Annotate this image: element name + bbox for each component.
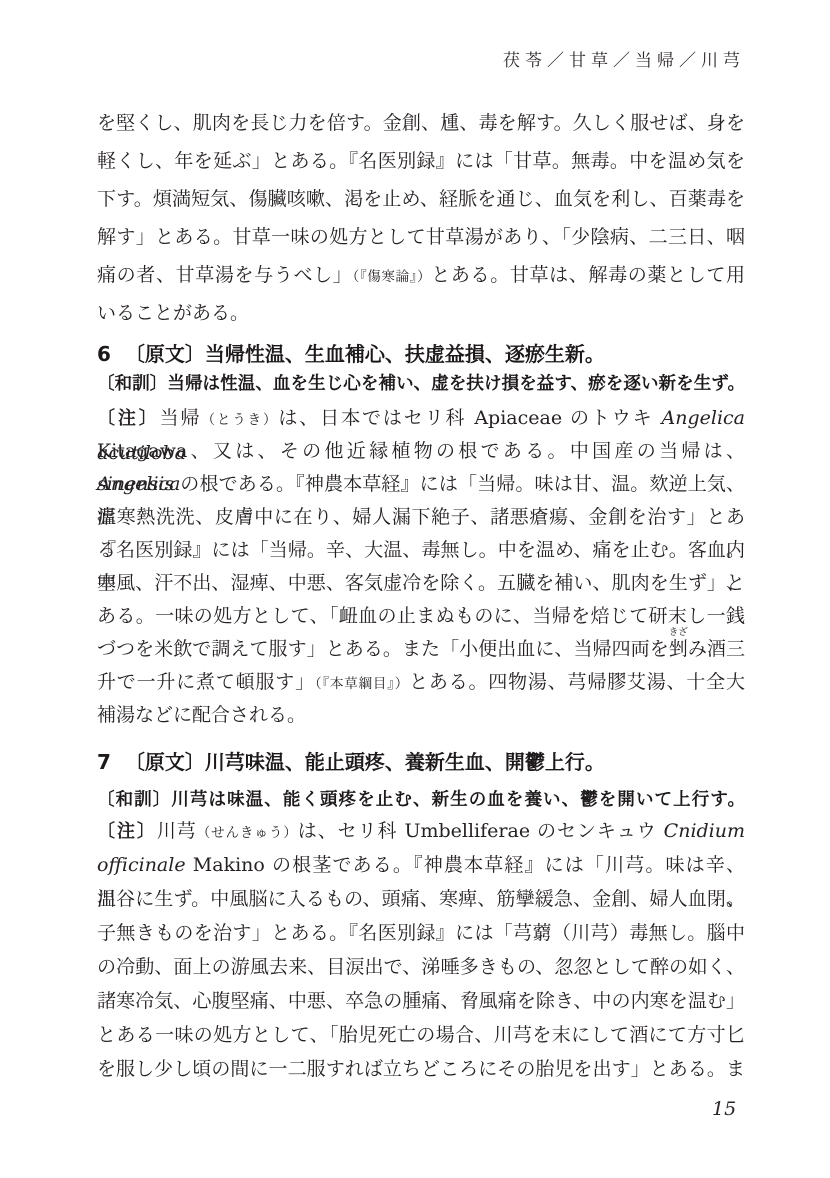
section7-number: 7 bbox=[97, 750, 111, 774]
text-line: とある一味の処方として、「胎児死亡の場合、川芎を末にして酒にて方寸匕 bbox=[97, 1018, 745, 1052]
text-line: を服し少し頃の間に一二服すれば立ちどころにその胎児を出す」とある。ま bbox=[97, 1052, 745, 1086]
text-line: 諸寒冷気、心腹堅痛、中悪、卒急の腫痛、脅風痛を除き、中の内寒を温む」 bbox=[97, 984, 745, 1018]
text-line: 子無きものを治す」とある。『名医別録』には「芎藭（川芎）毒無し。腦中 bbox=[97, 916, 745, 950]
text-line: sinensis の根である。『神農本草経』には「当帰。味は甘、温。欬逆上気、温 bbox=[97, 468, 745, 501]
text-line: づつを米飲で調えて服す」とある。また「小便出血に、当帰四両を剉きざみ酒三 bbox=[97, 633, 745, 666]
section6-number: 6 bbox=[97, 342, 111, 366]
section6-wakun-text: 当帰は性温、血を生じ心を補い、虚を扶け損を益す、瘀を逐い新を生ず。 bbox=[167, 374, 745, 394]
text-line: 瘧寒熱洗洗、皮膚中に在り、婦人漏下絶子、諸悪瘡瘍、金創を治す」とある。 bbox=[97, 501, 745, 534]
section7-genbun-text: 川芎味温、能止頭疼、養新生血、開鬱上行。 bbox=[205, 750, 605, 774]
text-line: 中風、汗不出、湿痺、中悪、客気虚冷を除く。五臓を補い、肌肉を生ず」と bbox=[97, 567, 745, 600]
section6-genbun-text: 当帰性温、生血補心、扶虚益損、逐瘀生新。 bbox=[205, 342, 605, 366]
page-number: 15 bbox=[712, 1098, 736, 1120]
section6-note-paragraph: 〔注〕当帰（とうき）は、日本ではセリ科 Apiaceae のトウキ Angeli… bbox=[97, 402, 745, 732]
text-line: 升で一升に煮て頓服す」（『本草綱目』）とある。四物湯、芎帰膠艾湯、十全大 bbox=[97, 666, 745, 699]
text-line: Kitagawa、又は、その他近縁植物の根である。中国産の当帰は、Angelic… bbox=[97, 435, 745, 468]
section7-wakun-label: 〔和訓〕 bbox=[97, 790, 171, 810]
text-line: 〔注〕川芎（せんきゅう）は、セリ科 Umbelliferae のセンキュウ Cn… bbox=[97, 814, 745, 848]
text-line: 〔注〕当帰（とうき）は、日本ではセリ科 Apiaceae のトウキ Angeli… bbox=[97, 402, 745, 435]
text-line: の冷動、面上の游風去来、目涙出で、涕唾多きもの、忽忽として醉の如く、 bbox=[97, 950, 745, 984]
book-page: 茯苓／甘草／当帰／川芎 を堅くし、肌肉を長じ力を倍す。金創、尰、毒を解す。久しく… bbox=[0, 0, 830, 1178]
section7-heading: 7〔原文〕川芎味温、能止頭疼、養新生血、開鬱上行。 bbox=[97, 746, 745, 775]
running-head: 茯苓／甘草／当帰／川芎 bbox=[503, 46, 745, 71]
section7-note-paragraph: 〔注〕川芎（せんきゅう）は、セリ科 Umbelliferae のセンキュウ Cn… bbox=[97, 814, 745, 1086]
text-line: officinale Makino の根茎である。『神農本草経』には「川芎。味は… bbox=[97, 848, 745, 882]
text-line: 補湯などに配合される。 bbox=[97, 699, 745, 732]
text-line: 痛の者、甘草湯を与うべし」（『傷寒論』）とある。甘草は、解毒の薬として用 bbox=[97, 256, 745, 294]
section6-heading: 6〔原文〕当帰性温、生血補心、扶虚益損、逐瘀生新。 bbox=[97, 338, 745, 367]
text-line: いることがある。 bbox=[97, 294, 745, 332]
text-line: 川谷に生ず。中風脳に入るもの、頭痛、寒痺、筋攣緩急、金創、婦人血閉、 bbox=[97, 882, 745, 916]
text-line: 下す。煩満短気、傷臟咳嗽、渇を止め、経脈を通じ、血気を利し、百薬毒を bbox=[97, 180, 745, 218]
text-line: ある。一味の処方として、「衄血の止まぬものに、当帰を焙じて研末し一銭 bbox=[97, 600, 745, 633]
text-line: 軽くし、年を延ぶ」とある。『名医別録』には「甘草。無毒。中を温め気を bbox=[97, 142, 745, 180]
ruby-text: きざ bbox=[669, 628, 688, 638]
section6-genbun-label: 〔原文〕 bbox=[125, 342, 205, 366]
section7-wakun: 〔和訓〕川芎は味温、能く頭疼を止む、新生の血を養い、鬱を開いて上行す。 bbox=[97, 786, 745, 811]
text-line: 『名医別録』には「当帰。辛、大温、毒無し。中を温め、痛を止む。客血内塞、 bbox=[97, 534, 745, 567]
paragraph-kanzo-note-continuation: を堅くし、肌肉を長じ力を倍す。金創、尰、毒を解す。久しく服せば、身を軽くし、年を… bbox=[97, 104, 745, 332]
ruby-base: 剉きざ bbox=[669, 638, 688, 660]
section7-genbun-label: 〔原文〕 bbox=[125, 750, 205, 774]
text-line: 解す」とある。甘草一味の処方として甘草湯があり、「少陰病、二三日、咽 bbox=[97, 218, 745, 256]
section6-wakun: 〔和訓〕当帰は性温、血を生じ心を補い、虚を扶け損を益す、瘀を逐い新を生ず。 bbox=[97, 370, 745, 395]
text-line: を堅くし、肌肉を長じ力を倍す。金創、尰、毒を解す。久しく服せば、身を bbox=[97, 104, 745, 142]
section7-wakun-text: 川芎は味温、能く頭疼を止む、新生の血を養い、鬱を開いて上行す。 bbox=[171, 790, 745, 810]
section6-wakun-label: 〔和訓〕 bbox=[97, 374, 167, 394]
